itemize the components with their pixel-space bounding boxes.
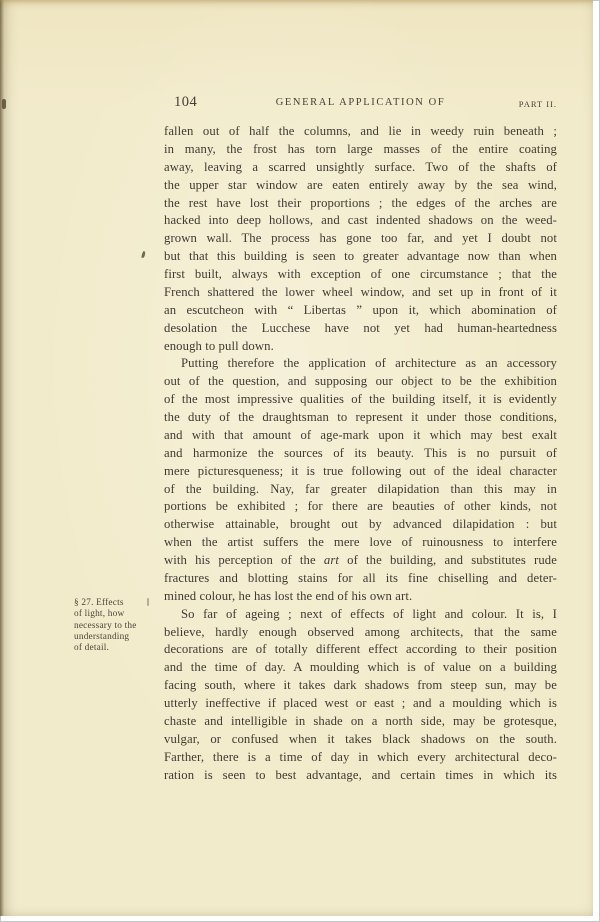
text-line: away, leaving a scarred unsightly surfac… (164, 159, 557, 177)
text-line: utterly ineffective if placed west or ea… (164, 695, 557, 713)
text-line: and with that amount of age-mark upon it… (164, 427, 557, 445)
text-line: enough to pull down. (164, 338, 557, 356)
margin-note-line: understanding (74, 632, 162, 643)
page-number: 104 (174, 94, 197, 111)
text-line: the duty of the draughtsman to represent… (164, 409, 557, 427)
text-line: vulgar, or confused when it takes black … (164, 731, 557, 749)
text-line: out of the question, and supposing our o… (164, 373, 557, 391)
text-line: but that this building is seen to greate… (164, 248, 557, 266)
text-line: mined colour, he has lost the end of his… (164, 588, 557, 606)
text-line: and the time of day. A moulding which is… (164, 659, 557, 677)
text-line: Farther, there is a time of day in which… (164, 749, 557, 767)
text-line: mere picturesqueness; it is true followi… (164, 463, 557, 481)
text-line: chaste and intelligible in shade on a no… (164, 713, 557, 731)
scan-edge-shadow-top (0, 0, 593, 4)
margin-note-line: necessary to the (74, 621, 162, 632)
text-line: Putting therefore the application of arc… (164, 355, 557, 373)
margin-note-line: of detail. (74, 643, 162, 654)
text-line: believe, hardly enough observed among ar… (164, 624, 557, 642)
text-line: decorations are of totally different eff… (164, 641, 557, 659)
body-text: fallen out of half the columns, and lie … (164, 123, 557, 784)
scan-artifact-speck (2, 99, 6, 109)
text-line: an escutcheon with “ Libertas ” upon it,… (164, 302, 557, 320)
text-line: fallen out of half the columns, and lie … (164, 123, 557, 141)
text-line: facing south, where it takes dark shadow… (164, 677, 557, 695)
text-line: when the artist suffers the mere love of… (164, 534, 557, 552)
scan-artifact-mark (141, 251, 145, 258)
text-line: ration is seen to best advantage, and ce… (164, 767, 557, 785)
scanned-book-page: 104 GENERAL APPLICATION OF PART II. § 27… (0, 0, 600, 922)
text-line: portions be exhibited ; for there are be… (164, 498, 557, 516)
text-line: fractures and blotting stains for all it… (164, 570, 557, 588)
text-line: first built, always with exception of on… (164, 266, 557, 284)
scan-edge-shadow-left (0, 0, 4, 916)
text-line: in many, the frost has torn large masses… (164, 141, 557, 159)
margin-note-line: § 27. Effects (74, 598, 162, 609)
text-line: and harmonize the sources of its beauty.… (164, 445, 557, 463)
text-line: the upper star window are eaten entirely… (164, 177, 557, 195)
text-line: with his perception of the art of the bu… (164, 552, 557, 570)
margin-note: § 27. Effectsof light, hownecessary to t… (74, 598, 162, 654)
text-line: of the building. Nay, far greater dilapi… (164, 481, 557, 499)
text-line: hacked into deep hollows, and cast inden… (164, 212, 557, 230)
book-page: 104 GENERAL APPLICATION OF PART II. § 27… (0, 0, 593, 916)
text-line: desolation the Lucchese have not yet had… (164, 320, 557, 338)
margin-note-line: of light, how (74, 609, 162, 620)
page-header: 104 GENERAL APPLICATION OF PART II. (164, 94, 557, 110)
text-line: of the most impressive qualities of the … (164, 391, 557, 409)
text-line: otherwise attainable, brought out by adv… (164, 516, 557, 534)
part-label: PART II. (519, 99, 557, 109)
text-line: So far of ageing ; next of effects of li… (164, 606, 557, 624)
text-line: French shattered the lower wheel window,… (164, 284, 557, 302)
text-line: the rest have lost their proportions ; t… (164, 195, 557, 213)
text-line: grown wall. The process has gone too far… (164, 230, 557, 248)
running-title: GENERAL APPLICATION OF (276, 97, 446, 108)
